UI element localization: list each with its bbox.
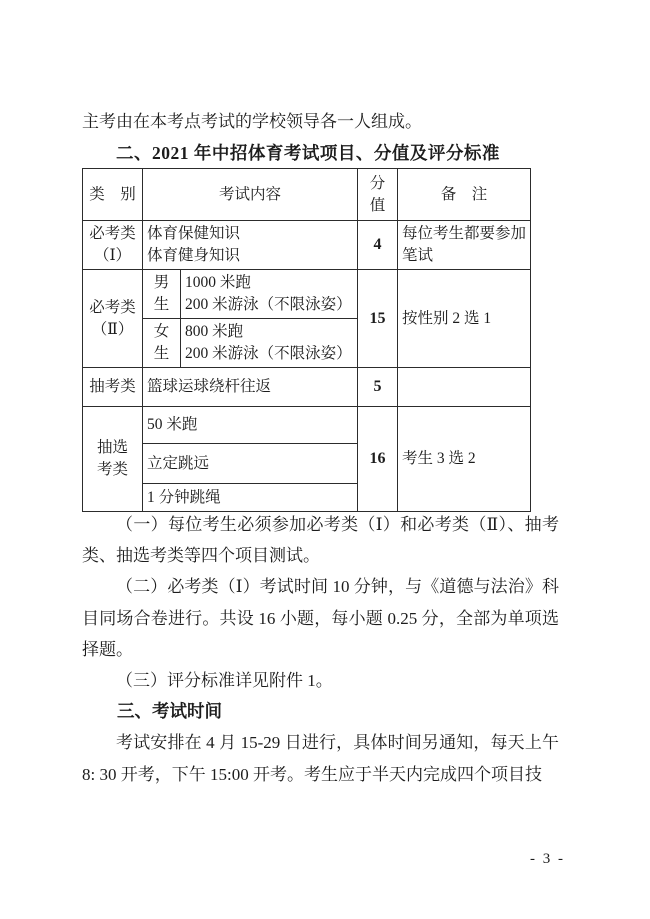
required1-content: 体育保健知识 体育健身知识 (143, 221, 358, 270)
paragraph-3: （三）评分标准详见附件 1。 (82, 665, 559, 696)
required2-male-content: 1000 米跑 200 米游泳（不限泳姿） (181, 270, 358, 319)
header-score: 分 值 (358, 169, 398, 221)
table-header-row: 类 别 考试内容 分 值 备 注 (83, 169, 531, 221)
header-category: 类 别 (83, 169, 143, 221)
paragraph-1: （一）每位考生必须参加必考类（Ⅰ）和必考类（Ⅱ）、抽考类、抽选考类等四个项目测试… (82, 509, 559, 571)
page-number: - 3 - (530, 851, 565, 868)
required2-note: 按性别 2 选 1 (398, 270, 531, 368)
required2-male-label: 男 生 (143, 270, 181, 319)
section3-heading: 三、考试时间 (82, 696, 559, 727)
body-text-block: （一）每位考生必须参加必考类（Ⅰ）和必考类（Ⅱ）、抽考类、抽选考类等四个项目测试… (82, 509, 559, 790)
drawn-content: 篮球运球绕杆往返 (143, 368, 358, 407)
required1-note: 每位考生都要参加笔试 (398, 221, 531, 270)
intro-paragraph: 主考由在本考点考试的学校领导各一人组成。 (82, 106, 568, 137)
header-note: 备 注 (398, 169, 531, 221)
required2-female-content: 800 米跑 200 米游泳（不限泳姿） (181, 319, 358, 368)
selected-item-2: 立定跳远 (143, 444, 358, 484)
table-row-selected-1: 抽选 考类 50 米跑 16 考生 3 选 2 (83, 407, 531, 444)
required2-category: 必考类 （Ⅱ） (83, 270, 143, 368)
selected-item-3: 1 分钟跳绳 (143, 484, 358, 512)
required2-female-label: 女 生 (143, 319, 181, 368)
required1-score: 4 (358, 221, 398, 270)
required2-score: 15 (358, 270, 398, 368)
selected-category: 抽选 考类 (83, 407, 143, 512)
required1-category: 必考类 （Ⅰ） (83, 221, 143, 270)
section2-heading: 二、2021 年中招体育考试项目、分值及评分标准 (116, 140, 500, 165)
selected-item-1: 50 米跑 (143, 407, 358, 444)
exam-score-table: 类 别 考试内容 分 值 备 注 必考类 （Ⅰ） 体育保健知识 体育健身知识 4… (82, 168, 531, 512)
drawn-category: 抽考类 (83, 368, 143, 407)
document-page: 主考由在本考点考试的学校领导各一人组成。 二、2021 年中招体育考试项目、分值… (0, 0, 650, 919)
selected-score: 16 (358, 407, 398, 512)
header-content: 考试内容 (143, 169, 358, 221)
table-row-required1: 必考类 （Ⅰ） 体育保健知识 体育健身知识 4 每位考生都要参加笔试 (83, 221, 531, 270)
paragraph-4: 考试安排在 4 月 15-29 日进行，具体时间另通知，每天上午 8: 30 开… (82, 727, 559, 789)
table-row-drawn: 抽考类 篮球运球绕杆往返 5 (83, 368, 531, 407)
selected-note: 考生 3 选 2 (398, 407, 531, 512)
table-row-required2-male: 必考类 （Ⅱ） 男 生 1000 米跑 200 米游泳（不限泳姿） 15 按性别… (83, 270, 531, 319)
drawn-score: 5 (358, 368, 398, 407)
drawn-note (398, 368, 531, 407)
paragraph-2: （二）必考类（Ⅰ）考试时间 10 分钟，与《道德与法治》科目同场合卷进行。共设 … (82, 571, 559, 665)
